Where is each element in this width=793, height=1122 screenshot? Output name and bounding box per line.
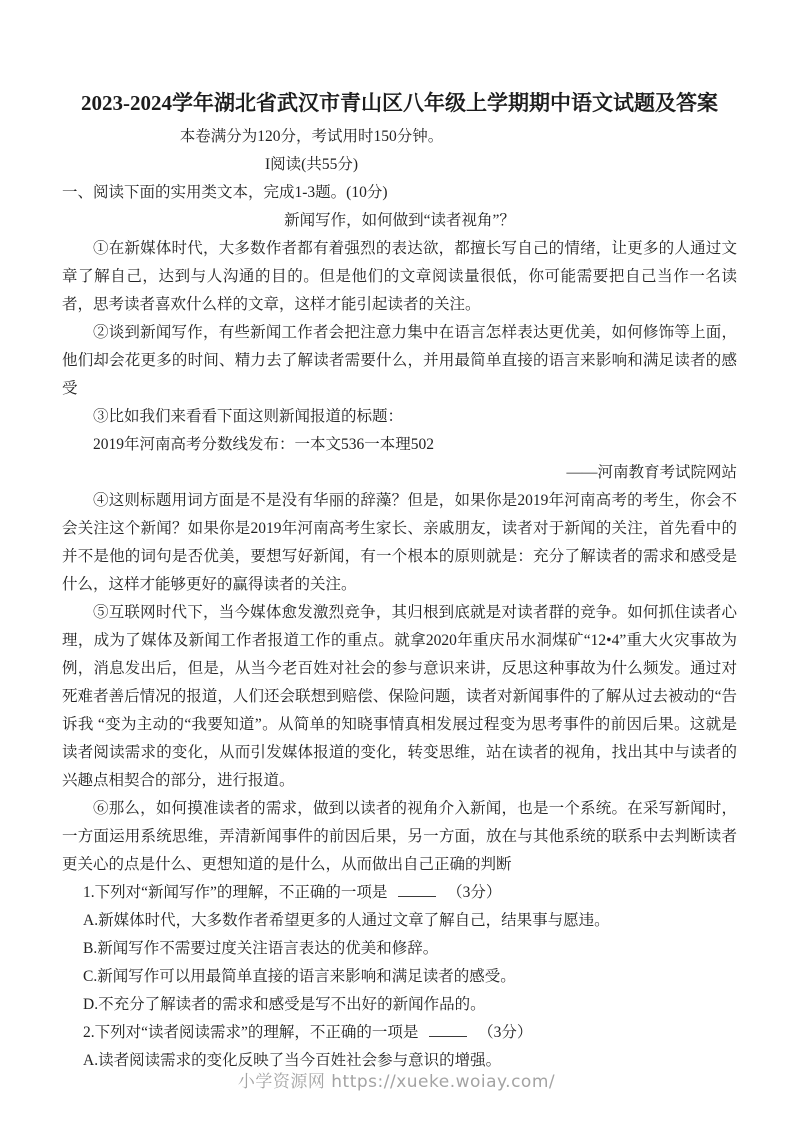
question-1-score: （3分） xyxy=(447,884,501,901)
article-title: 新闻写作，如何做到“读者视角”？ xyxy=(62,207,737,235)
question-1-option-d: D.不充分了解读者的需求和感受是写不出好的新闻作品的。 xyxy=(62,991,737,1019)
question-1: 1.下列对“新闻写作”的理解，不正确的一项是 （3分） xyxy=(62,879,737,907)
question-1-stem: 1.下列对“新闻写作”的理解，不正确的一项是 xyxy=(83,884,387,901)
question-2-stem: 2.下列对“读者阅读需求”的理解，不正确的一项是 xyxy=(83,1024,418,1041)
source-attribution: ——河南教育考试院网站 xyxy=(62,459,737,487)
page-title: 2023-2024学年湖北省武汉市青山区八年级上学期期中语文试题及答案 xyxy=(74,88,726,119)
article-paragraph-1: ①在新媒体时代，大多数作者都有着强烈的表达欲，都擅长写自己的情绪，让更多的人通过… xyxy=(62,235,737,319)
article-paragraph-5: ⑤互联网时代下，当今媒体愈发激烈竞争，其归根到底就是对读者群的竞争。如何抓住读者… xyxy=(62,599,737,795)
question-1-option-a: A.新媒体时代，大多数作者希望更多的人通过文章了解自己，结果事与愿违。 xyxy=(62,907,737,935)
article-paragraph-3: ③比如我们来看看下面这则新闻报道的标题： xyxy=(62,403,737,431)
answer-blank xyxy=(429,1021,467,1037)
exam-document-page: 2023-2024学年湖北省武汉市青山区八年级上学期期中语文试题及答案 本卷满分… xyxy=(0,0,793,1122)
question-2: 2.下列对“读者阅读需求”的理解，不正确的一项是 （3分） xyxy=(62,1019,737,1047)
document-content: 2023-2024学年湖北省武汉市青山区八年级上学期期中语文试题及答案 本卷满分… xyxy=(62,88,737,1075)
news-headline-example: 2019年河南高考分数线发布：一本文536一本理502 xyxy=(62,431,737,459)
question-1-option-b: B.新闻写作不需要过度关注语言表达的优美和修辞。 xyxy=(62,935,737,963)
reading-instruction: 一、阅读下面的实用类文本，完成1-3题。(10分) xyxy=(62,179,737,207)
footer-watermark: 小学资源网 https://xueke.woiay.com/ xyxy=(0,1067,793,1092)
answer-blank xyxy=(398,881,436,897)
section-heading: I阅读(共55分) xyxy=(0,151,649,179)
article-paragraph-4: ④这则标题用词方面是不是没有华丽的辞藻？但是，如果你是2019年河南高考的考生，… xyxy=(62,487,737,599)
article-paragraph-2: ②谈到新闻写作，有些新闻工作者会把注意力集中在语言怎样表达更优美，如何修饰等上面… xyxy=(62,319,737,403)
article-paragraph-6: ⑥那么，如何摸准读者的需求，做到以读者的视角介入新闻，也是一个系统。在采写新闻时… xyxy=(62,795,737,879)
exam-info-line: 本卷满分为120分，考试用时150分钟。 xyxy=(0,123,649,151)
question-1-option-c: C.新闻写作可以用最简单直接的语言来影响和满足读者的感受。 xyxy=(62,963,737,991)
question-2-score: （3分） xyxy=(478,1024,532,1041)
